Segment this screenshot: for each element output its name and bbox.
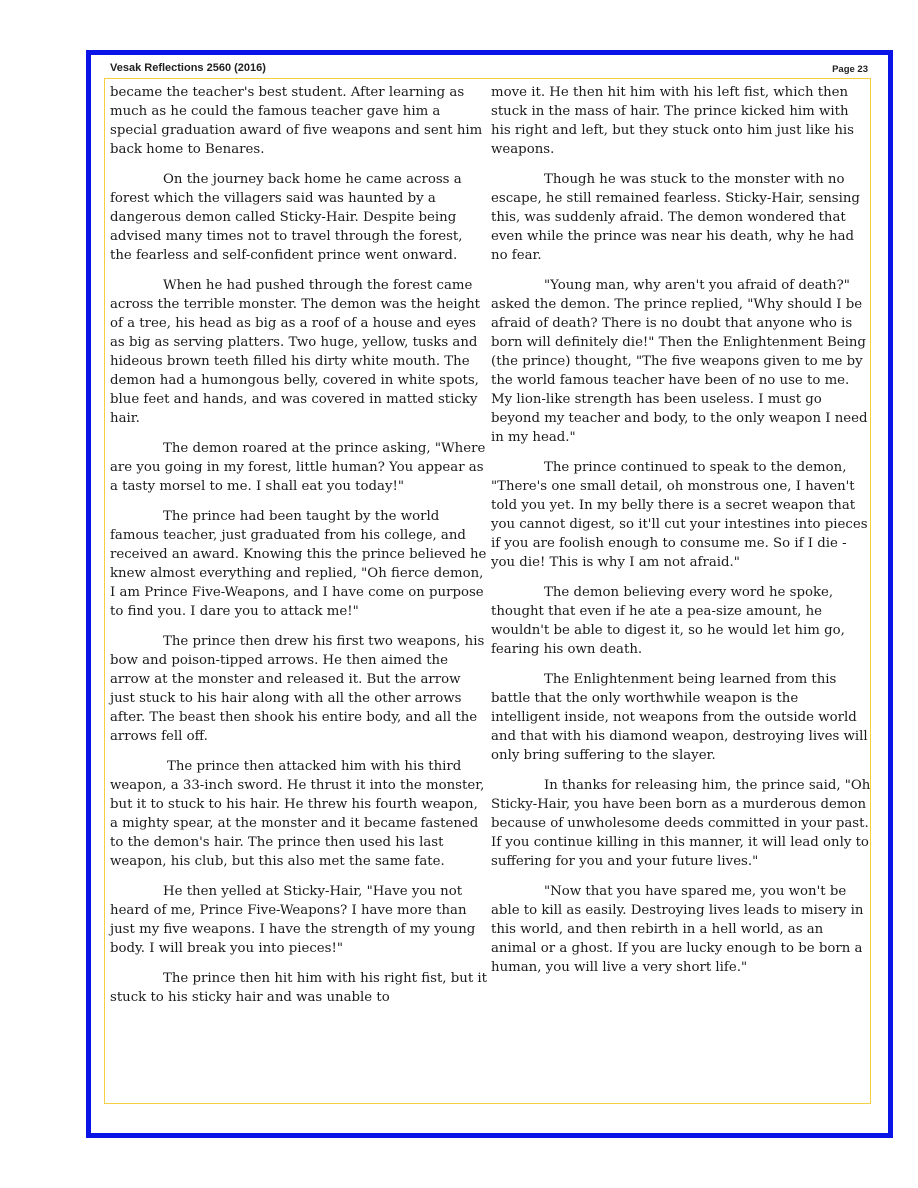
paragraph: The demon believing every word he spoke,… <box>491 583 871 659</box>
left-column: became the teacher's best student. After… <box>110 83 488 1018</box>
paragraph: The demon roared at the prince asking, "… <box>110 439 488 496</box>
paragraph: "Now that you have spared me, you won't … <box>491 882 871 977</box>
paragraph: The Enlightenment being learned from thi… <box>491 670 871 765</box>
paragraph: became the teacher's best student. After… <box>110 83 488 159</box>
paragraph: In thanks for releasing him, the prince … <box>491 776 871 871</box>
paragraph: "Young man, why aren't you afraid of dea… <box>491 276 871 447</box>
paragraph: The prince had been taught by the world … <box>110 507 488 621</box>
paragraph: On the journey back home he came across … <box>110 170 488 265</box>
paragraph: The prince then attacked him with his th… <box>110 757 488 871</box>
page-number: Page 23 <box>832 64 868 75</box>
paragraph: He then yelled at Sticky-Hair, "Have you… <box>110 882 488 958</box>
paragraph: When he had pushed through the forest ca… <box>110 276 488 428</box>
paragraph: Though he was stuck to the monster with … <box>491 170 871 265</box>
paragraph: move it. He then hit him with his left f… <box>491 83 871 159</box>
paragraph: The prince then drew his first two weapo… <box>110 632 488 746</box>
running-header-title: Vesak Reflections 2560 (2016) <box>110 62 266 74</box>
paragraph: The prince then hit him with his right f… <box>110 969 488 1007</box>
paragraph: The prince continued to speak to the dem… <box>491 458 871 572</box>
right-column: move it. He then hit him with his left f… <box>491 83 871 988</box>
